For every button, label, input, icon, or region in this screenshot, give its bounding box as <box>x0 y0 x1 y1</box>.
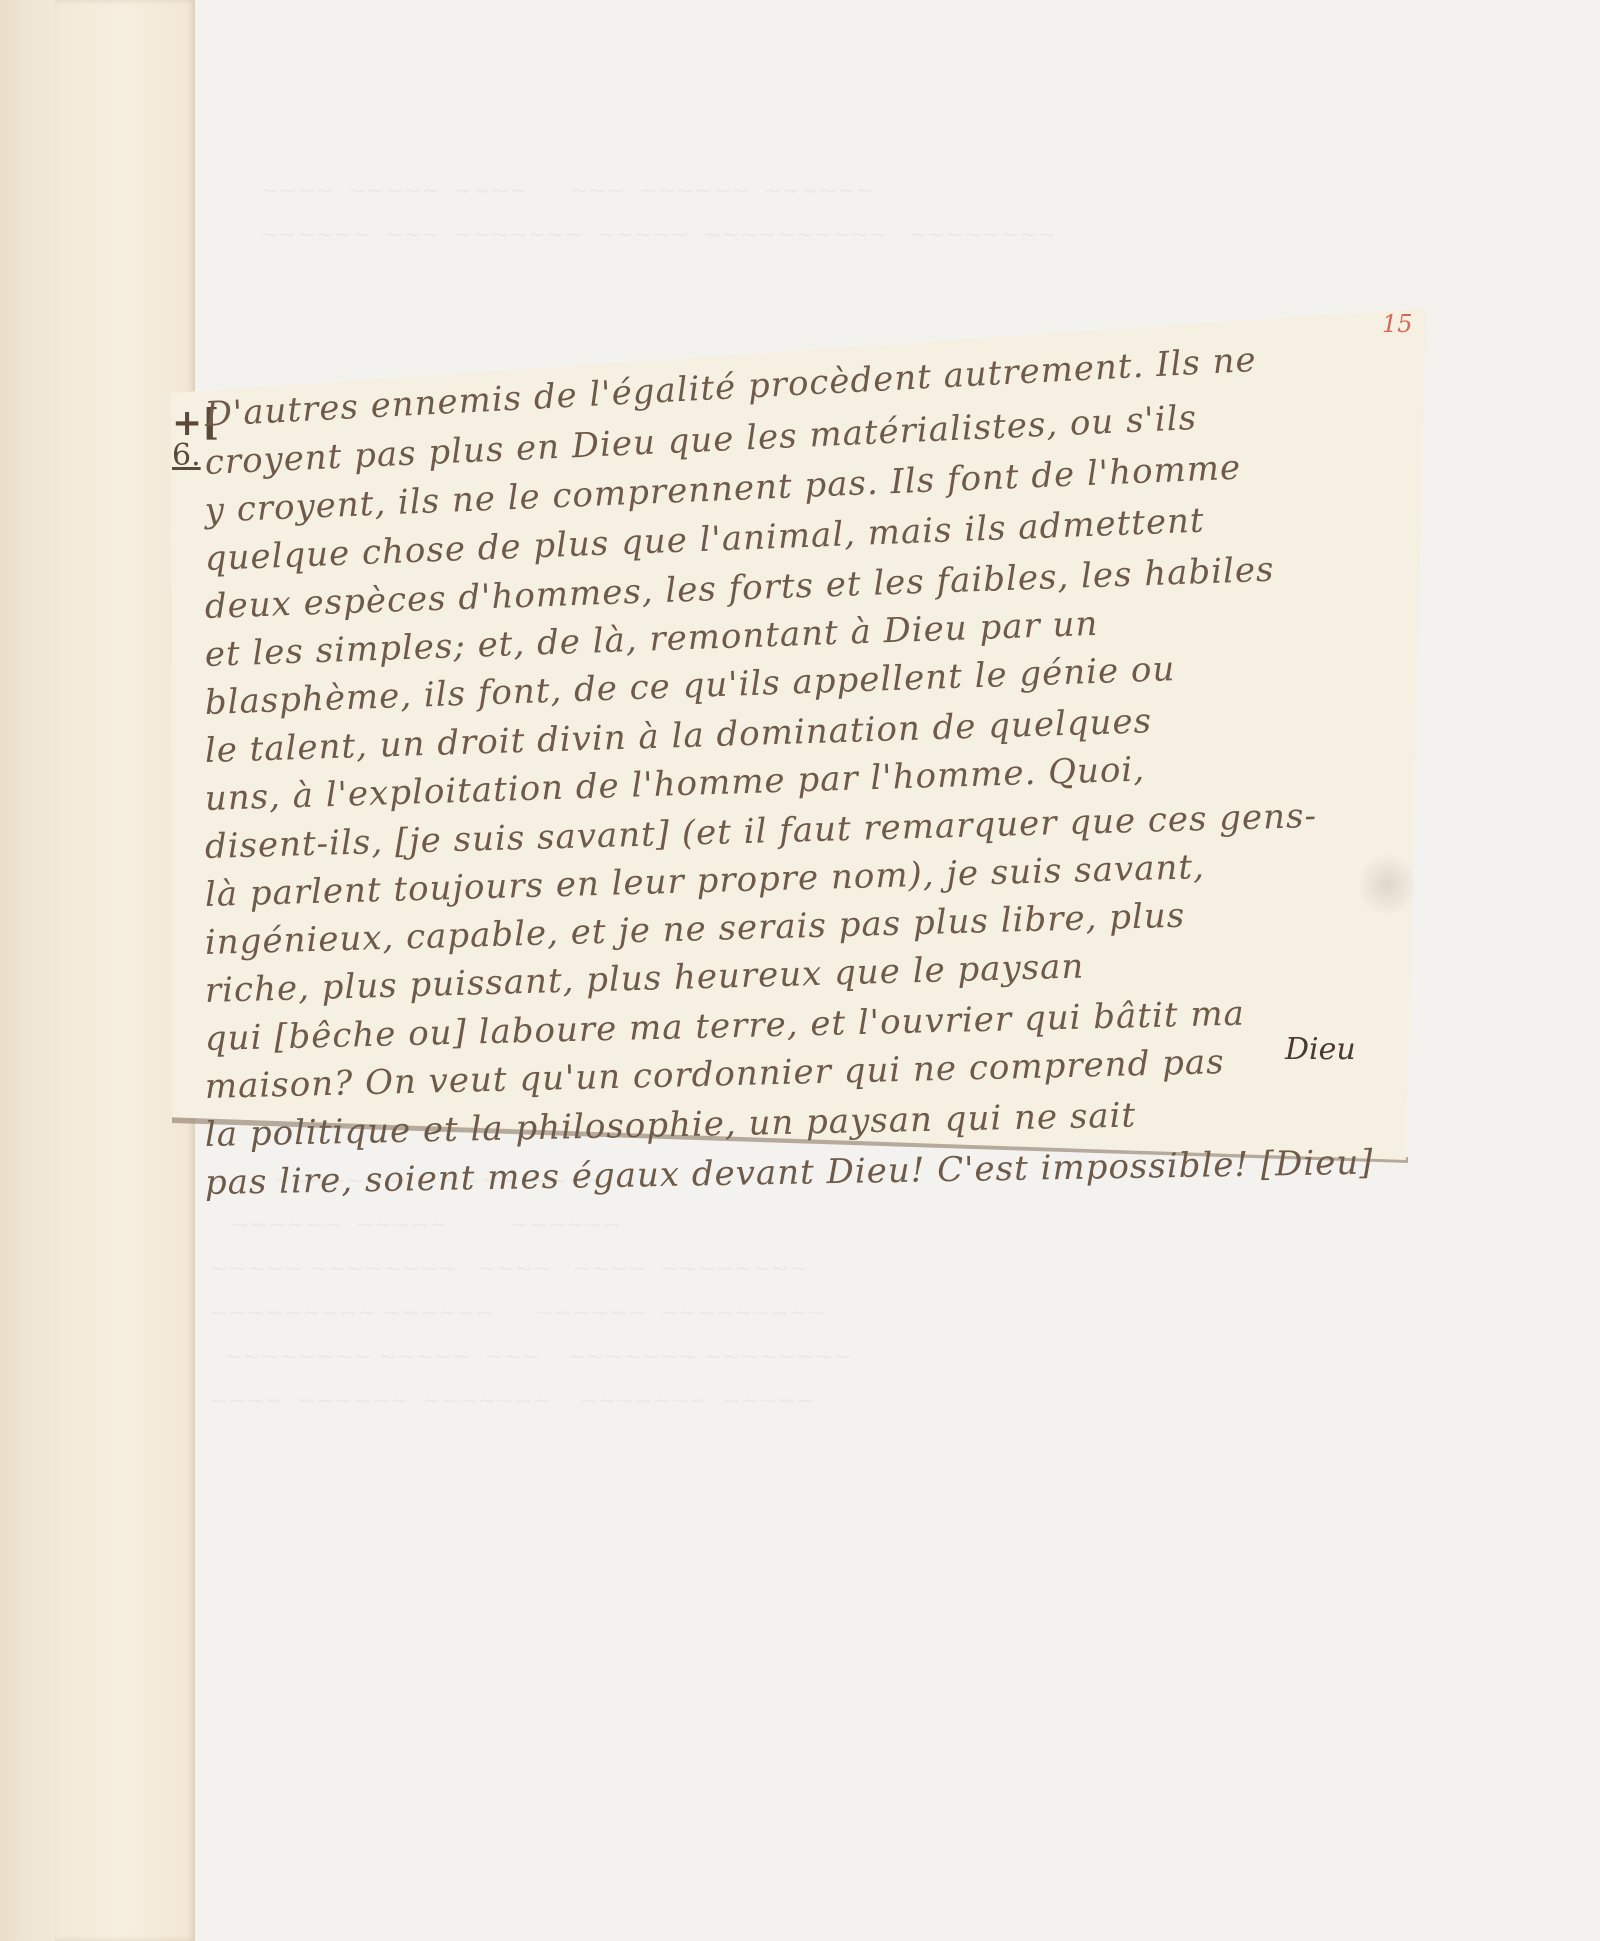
interlinear-correction: Dieu <box>1285 1032 1356 1067</box>
margin-number: 6. <box>172 438 201 473</box>
show-through-text: ~~~~ ~~~~~ ~~~~ ~~~ ~~~~~~ ~~~~~~ ~~~~~~… <box>260 170 1056 258</box>
handwritten-text: D'autres ennemis de l'égalité procèdent … <box>205 395 1405 1211</box>
binding-edge <box>0 0 60 1941</box>
